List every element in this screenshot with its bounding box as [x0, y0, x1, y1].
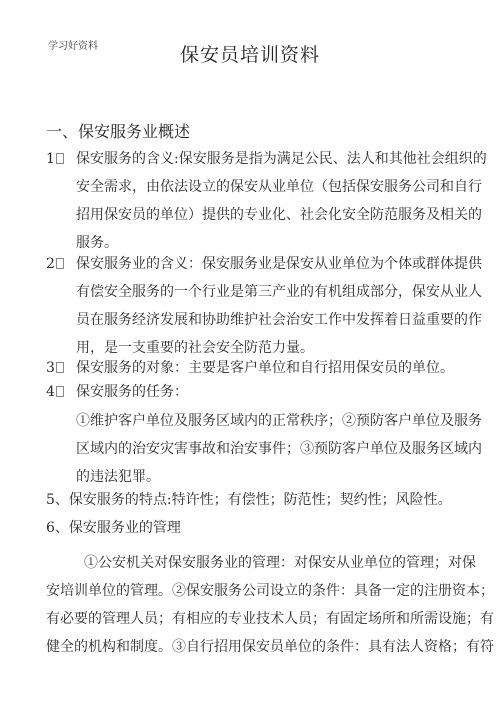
- item-4-line: ①维护客户单位及服务区域内的正常秩序；②预防客户单位及服务: [76, 411, 482, 431]
- item-1-line: 服务。: [76, 233, 118, 253]
- item-3-line: 保安服务的对象：主要是客户单位和自行招用保安员的单位。: [76, 358, 454, 378]
- item-6-heading: 6、保安服务业的管理: [46, 518, 181, 538]
- item-2-number: 2: [46, 254, 64, 274]
- item-4-line: 保安服务的任务：: [76, 382, 188, 402]
- item-4-line: 的违法犯罪。: [76, 467, 160, 487]
- item-5-line: 5、保安服务的特点:特许性；有偿性；防范性；契约性；风险性。: [46, 490, 452, 510]
- page-title: 保安员培训资料: [0, 40, 500, 67]
- missing-glyph-box: [56, 153, 64, 164]
- item-2-line: 有偿安全服务的一个行业是第三产业的有机组成部分，保安从业人: [76, 282, 482, 302]
- item-6-paragraph-line: 安培训单位的管理。②保安服务公司设立的条件：具备一定的注册资本；: [46, 581, 494, 601]
- item-6-paragraph-line: ①公安机关对保安服务业的管理：对保安从业单位的管理；对保: [84, 553, 476, 573]
- item-6-paragraph-line: 有必要的管理人员；有相应的专业技术人员；有固定场所和所需设施；有: [46, 609, 494, 629]
- item-4-number: 4: [46, 382, 64, 402]
- section-heading: 一、保安服务业概述: [46, 119, 190, 142]
- missing-glyph-box: [56, 258, 64, 269]
- item-6-paragraph-line: 健全的机构和制度。③自行招用保安员单位的条件：具有法人资格；有符: [46, 637, 494, 657]
- item-4-line: 区域内的治安灾害事故和治安事件；③预防客户单位及服务区域内: [76, 439, 482, 459]
- missing-glyph-box: [56, 386, 64, 397]
- item-1-line: 保安服务的含义:保安服务是指为满足公民、法人和其他社会组织的: [76, 149, 487, 169]
- item-1-line: 安全需求，由依法设立的保安从业单位（包括保安服务公司和自行: [76, 177, 482, 197]
- item-3-number: 3: [46, 358, 64, 378]
- item-2-line: 保安服务业的含义：保安服务业是保安从业单位为个体或群体提供: [76, 254, 482, 274]
- missing-glyph-box: [56, 362, 64, 373]
- item-2-line: 员在服务经济发展和协助维护社会治安工作中发挥着日益重要的作: [76, 310, 482, 330]
- item-1-number: 1: [46, 149, 64, 169]
- item-2-line: 用，是一支重要的社会安全防范力量。: [76, 338, 314, 358]
- item-1-line: 招用保安员的单位）提供的专业化、社会化安全防范服务及相关的: [76, 205, 482, 225]
